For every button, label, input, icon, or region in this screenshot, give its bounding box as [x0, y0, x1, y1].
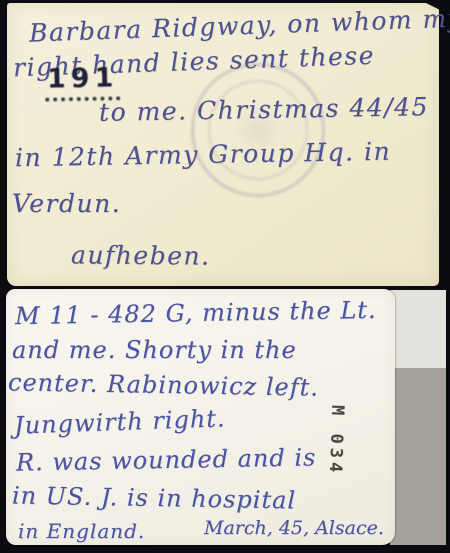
scanner-backing-light	[390, 290, 446, 368]
postcard-top: Barbara Ridgway, on whom my right hand l…	[7, 3, 439, 286]
postcard-bottom: M 11 - 482 G, minus the Lt. and me. Shor…	[6, 289, 395, 545]
number-stamp-191: 191	[45, 62, 121, 101]
vertical-number-stamp-034: M 034	[325, 405, 347, 477]
handwriting-line: and me. Shorty in the	[12, 336, 297, 364]
faint-round-postmark-stamp	[191, 63, 325, 197]
handwriting-line: M 11 - 482 G, minus the Lt.	[15, 296, 377, 330]
handwriting-line: aufheben.	[71, 240, 211, 270]
handwriting-line: in 12th Army Group Hq. in	[15, 137, 392, 173]
handwriting-line: Jungwirth right.	[14, 404, 226, 439]
handwriting-line: in US. J. is in hospital	[12, 482, 297, 515]
handwriting-line: R. was wounded and is	[16, 443, 317, 476]
handwriting-line: Verdun.	[12, 189, 121, 218]
handwriting-line: center. Rabinowicz left.	[8, 368, 319, 401]
handwriting-line: to me. Christmas 44/45	[99, 92, 429, 127]
scanner-backing-dark	[390, 368, 446, 545]
handwriting-line: in England.	[18, 519, 145, 543]
handwriting-line: Barbara Ridgway, on whom my	[29, 3, 450, 47]
scanned-postcards-image: Barbara Ridgway, on whom my right hand l…	[0, 0, 450, 553]
handwriting-date-place: March, 45, Alsace.	[204, 517, 384, 539]
